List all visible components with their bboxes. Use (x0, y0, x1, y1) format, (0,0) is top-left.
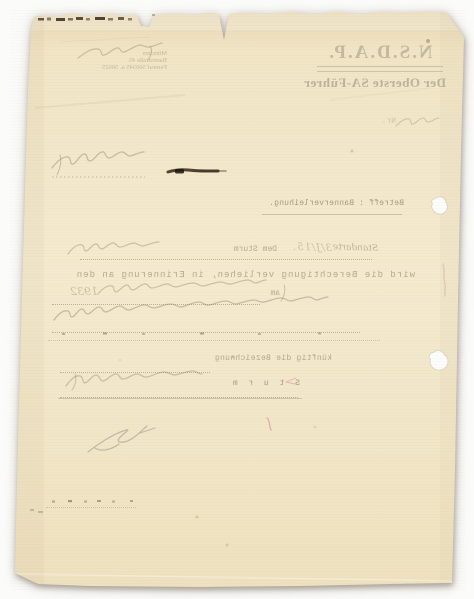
body-l7-sturm-mirrored: S t u r m (220, 380, 300, 388)
document-photo: N.S.D.A.P. Der Oberste SA-Führer Nr. Mün… (0, 0, 474, 599)
punch-hole-top (432, 197, 448, 214)
body-l3-typed-mirrored: am (262, 290, 280, 298)
body-l6-dotted-line (60, 366, 210, 373)
body-l1-typed-mirrored: Dem Sturm (233, 246, 277, 254)
body-l1-number-handwritten-mirrored: 3/J/15. (278, 242, 332, 254)
address-line-3: Fernruf 500345 u. 50025 (85, 65, 167, 72)
body-l7-solid-underline (58, 398, 302, 399)
body-l6-mirrored: künftig die Bezeichnung (214, 355, 332, 363)
body-l3-year-handwritten-mirrored: 1932 (68, 286, 98, 298)
betreff-line-mirrored: Betreff : Bannerverleihung. (262, 200, 404, 208)
letterhead-party-mirrored: N.S.D.A.P. (314, 43, 446, 63)
letterhead-party-underline (317, 66, 443, 72)
body-l7-dotted-line (60, 391, 298, 398)
ref-number-label-mirrored: Nr. (378, 118, 396, 126)
body-l1-unit-handwritten-mirrored: Standarte (332, 243, 378, 254)
address-block-mirrored: München Barerstraße 45 Fernruf 500345 u.… (85, 51, 167, 71)
signature-impression-dots (46, 501, 136, 508)
body-l2-mirrored: wird die Berechtigung verliehen, in Erin… (48, 271, 415, 280)
betreff-underline (262, 214, 402, 215)
body-l4-dotted-line (52, 326, 360, 333)
body-l5-impression-line (48, 334, 380, 341)
body-l3-dotted-line (52, 298, 260, 305)
letterhead-office-mirrored: Der Oberste SA-Führer (306, 76, 446, 90)
